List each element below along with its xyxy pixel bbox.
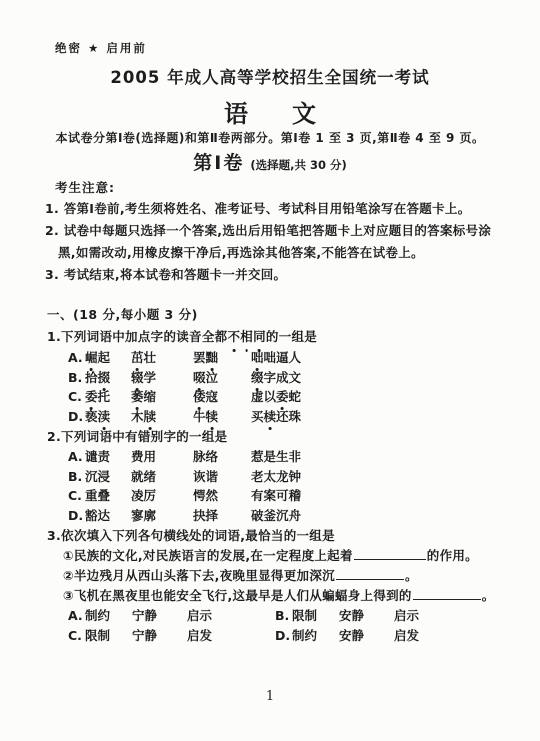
q2-option-row-d: D. 豁达 寥廓 抉择 破釜沉舟 [68, 506, 504, 526]
option-label: C. [68, 486, 85, 506]
q2-option-row-b: B. 沉浸 就绪 诙谐 老太龙钟 [68, 467, 504, 487]
option-word: 虚以委蛇 [251, 387, 504, 407]
option-word: 亵渎 [85, 407, 131, 427]
notice-item: 2. 试卷中每题只选择一个答案,选出后用铅笔把答题卡上对应题目的答案标号涂黑,如… [45, 220, 504, 264]
option-label: A. [68, 348, 85, 368]
option-label: D. [275, 626, 292, 646]
option-word: 限制 [85, 626, 132, 646]
stem-emphasized-text: 不相同 [227, 329, 265, 344]
page-body: 考生注意: 1. 答第Ⅰ卷前,考生须将姓名、准考证号、考试科目用铅笔涂写在答题卡… [45, 178, 504, 646]
blank-line [354, 547, 426, 560]
option-word: 诙谐 [193, 467, 251, 487]
option-word: 沉浸 [85, 467, 131, 487]
exam-title: 2005 年成人高等学校招生全国统一考试 [0, 64, 540, 88]
notice-item: 3. 考试结束,将本试卷和答题卡一并交回。 [45, 264, 504, 286]
sentence-text: 的作用。 [427, 548, 478, 563]
option-word: 宁静 [132, 626, 187, 646]
section-subtitle: (选择题,共 30 分) [250, 158, 346, 172]
option-word: 就绪 [131, 467, 193, 487]
option-word: 木牍 [131, 407, 193, 427]
option-word: 重叠 [85, 486, 131, 506]
subject-char: 文 [292, 94, 316, 129]
notice-heading: 考生注意: [55, 178, 504, 198]
q3-sentence-2: ②半边残月从西山头落下去,夜晚里显得更加深沉。 [63, 566, 504, 586]
option-word: 惹是生非 [251, 447, 504, 467]
q3-option-row-cd: C. 限制 宁静 启发 D. 制约 安静 启发 [68, 626, 504, 646]
option-word: 安静 [339, 606, 394, 626]
option-word: 拾掇 [85, 368, 131, 388]
option-word: 茁壮 [131, 348, 193, 368]
section-heading: 第Ⅰ卷(选择题,共 30 分) [0, 148, 540, 175]
option-label: B. [68, 467, 85, 487]
option-word: 崛起 [85, 348, 131, 368]
classification-banner: 绝密 ★ 启用前 [55, 40, 147, 56]
option-word: 限制 [292, 606, 339, 626]
sentence-text: ②半边残月从西山头落下去,夜晚里显得更加深沉 [63, 568, 335, 583]
stem-text: 1.下列词语中加点字的读音全都 [47, 329, 227, 344]
option-word: 破釜沉舟 [251, 506, 504, 526]
stem-text: 的一组是 [266, 329, 317, 344]
option-word: 制约 [292, 626, 339, 646]
option-word: 脉络 [193, 447, 251, 467]
question-1-stem: 1.下列词语中加点字的读音全都不相同的一组是 [47, 326, 504, 348]
part-one-heading: 一、(18 分,每小题 3 分) [47, 304, 504, 326]
q1-option-row-d: D. 亵渎 木牍 牛犊 买椟还珠 [68, 407, 504, 427]
question-3-stem: 3.依次填入下列各句横线处的词语,最恰当的一组是 [47, 525, 504, 546]
option-word: 制约 [85, 606, 132, 626]
notice-item: 1. 答第Ⅰ卷前,考生须将姓名、准考证号、考试科目用铅笔涂写在答题卡上。 [45, 198, 504, 220]
option-word: 凌厉 [131, 486, 193, 506]
blank-line [336, 567, 404, 580]
option-label: B. [275, 606, 292, 626]
subject-char: 语 [224, 94, 248, 129]
q3-sentence-1: ①民族的文化,对民族语言的发展,在一定程度上起着的作用。 [63, 546, 504, 566]
page-number: 1 [0, 689, 540, 704]
option-word: 啜泣 [193, 368, 251, 388]
option-word: 老太龙钟 [251, 467, 504, 487]
exam-paper-page: 绝密 ★ 启用前 2005 年成人高等学校招生全国统一考试 语 文 本试卷分第Ⅰ… [0, 0, 540, 741]
option-word: 豁达 [85, 506, 131, 526]
q3-sentence-3: ③飞机在黑夜里也能安全飞行,这最早是人们从蝙蝠身上得到的。 [63, 586, 504, 606]
paper-structure-note: 本试卷分第Ⅰ卷(选择题)和第Ⅱ卷两部分。第Ⅰ卷 1 至 3 页,第Ⅱ卷 4 至 … [0, 129, 540, 146]
option-word: 缀字成文 [251, 368, 504, 388]
option-word: 启示 [394, 606, 504, 626]
option-label: C. [68, 626, 85, 646]
option-word: 愕然 [193, 486, 251, 506]
question-2-stem: 2.下列词语中有错别字的一组是 [47, 426, 504, 447]
q2-option-row-a: A. 谴责 费用 脉络 惹是生非 [68, 447, 504, 467]
option-word: 咄咄逼人 [251, 348, 504, 368]
q3-option-row-ab: A. 制约 宁静 启示 B. 限制 安静 启示 [68, 606, 504, 626]
option-word: 宁静 [132, 606, 187, 626]
option-word: 寥廓 [131, 506, 193, 526]
option-word: 启发 [187, 626, 275, 646]
option-word: 抉择 [193, 506, 251, 526]
option-word: 启发 [394, 626, 504, 646]
option-word: 委托 [85, 387, 131, 407]
q1-option-row-a: A. 崛起 茁壮 罢黜 咄咄逼人 [68, 348, 504, 368]
option-word: 倭寇 [193, 387, 251, 407]
option-label: A. [68, 606, 85, 626]
section-title: 第Ⅰ卷 [193, 152, 244, 174]
option-label: C. [68, 387, 85, 407]
option-word: 辍学 [131, 368, 193, 388]
sentence-text: 。 [405, 568, 418, 583]
option-word: 罢黜 [193, 348, 251, 368]
option-word: 萎缩 [131, 387, 193, 407]
blank-line [413, 587, 481, 600]
q2-option-row-c: C. 重叠 凌厉 愕然 有案可稽 [68, 486, 504, 506]
option-label: B. [68, 368, 85, 388]
option-label: A. [68, 447, 85, 467]
option-word: 谴责 [85, 447, 131, 467]
q1-option-row-c: C. 委托 萎缩 倭寇 虚以委蛇 [68, 387, 504, 407]
option-word: 买椟还珠 [251, 407, 504, 427]
option-label: D. [68, 407, 85, 427]
option-word: 有案可稽 [251, 486, 504, 506]
option-label: D. [68, 506, 85, 526]
subject-title: 语 文 [0, 94, 540, 129]
sentence-text: ③飞机在黑夜里也能安全飞行,这最早是人们从蝙蝠身上得到的 [63, 588, 412, 603]
option-word: 启示 [187, 606, 275, 626]
sentence-text: ①民族的文化,对民族语言的发展,在一定程度上起着 [63, 548, 353, 563]
option-word: 费用 [131, 447, 193, 467]
q1-option-row-b: B. 拾掇 辍学 啜泣 缀字成文 [68, 368, 504, 388]
option-word: 牛犊 [193, 407, 251, 427]
option-word: 安静 [339, 626, 394, 646]
sentence-text: 。 [482, 588, 495, 603]
